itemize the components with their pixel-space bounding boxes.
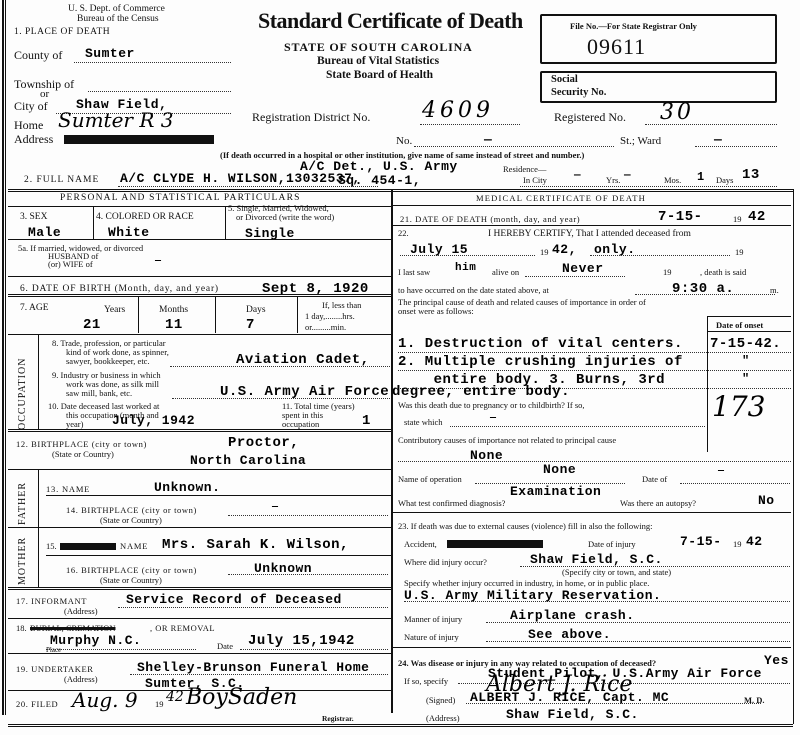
days-label-residence: Days <box>716 175 733 185</box>
rule <box>240 649 388 650</box>
rule <box>680 483 790 484</box>
mos-label: Mos. <box>664 175 681 185</box>
op-date-value: — <box>718 466 725 477</box>
county-value: Sumter <box>85 46 135 61</box>
rule <box>8 294 391 297</box>
informant-value: Service Record of Deceased <box>126 592 342 607</box>
cause-2-onset: " <box>742 354 750 368</box>
spouse-value: — <box>155 256 162 267</box>
signed-label: (Signed) <box>426 695 455 705</box>
attended-from: July 15 <box>410 242 468 257</box>
sex-value: Male <box>28 225 61 240</box>
mother-name-num: 15. <box>46 541 57 551</box>
rule <box>8 206 391 207</box>
rule <box>391 647 791 648</box>
cause-4: degree, entire body. <box>392 384 570 400</box>
lt-day-3: or.........min. <box>305 322 346 332</box>
years-value: 21 <box>83 317 101 333</box>
injury-year: 42 <box>746 534 763 549</box>
burial-place: Murphy N.C. <box>50 633 141 648</box>
onset-header: Date of onset <box>716 320 763 330</box>
spouse-label-3: (or) WIFE of <box>48 259 93 269</box>
full-name-value: A/C CLYDE H. WILSON,13032537, <box>120 171 361 186</box>
burial-date-label: Date <box>217 641 233 651</box>
unit-line-2: Sq. 454-1, <box>338 173 421 188</box>
months-label: Months <box>159 305 188 315</box>
nature-label: Nature of injury <box>404 632 459 642</box>
injury-date: 7-15- <box>680 534 722 549</box>
attended-to-year: 19 <box>735 247 744 257</box>
dob-label: 6. DATE OF BIRTH (Month, day, and year) <box>20 284 219 294</box>
death-certificate: U. S. Dept. of Commerce Bureau of the Ce… <box>0 0 800 735</box>
burial-struck-label: BURIAL, CREMATION <box>30 623 115 633</box>
attended-year-prefix: 19 <box>540 247 549 257</box>
rule <box>225 206 226 239</box>
residence-line <box>520 186 777 187</box>
rule <box>118 607 388 608</box>
years-label: Years <box>104 305 125 315</box>
bureau-label: Bureau of the Census <box>77 14 159 24</box>
vital-stats-label: Bureau of Vital Statistics <box>317 55 439 67</box>
no-label: No. <box>396 135 412 147</box>
accident-label: Accident, <box>404 539 437 549</box>
father-side-label: FATHER <box>17 473 28 525</box>
full-name-label: 2. FULL NAME <box>24 175 99 185</box>
residence-label: Residence— <box>503 164 546 174</box>
rule <box>398 352 791 353</box>
address-redacted <box>64 135 214 144</box>
where-label: Where did injury occur? <box>404 557 487 567</box>
rule <box>228 515 388 516</box>
yrs-value: — <box>624 170 631 182</box>
filed-date: Aug. 9 <box>72 688 138 712</box>
county-label: County of <box>14 48 62 63</box>
filed-year-prefix: 19 <box>155 699 164 709</box>
rule <box>8 469 391 470</box>
dod-year-prefix: 19 <box>733 214 742 224</box>
rule <box>450 426 705 427</box>
certify-num: 22. <box>398 228 409 238</box>
mos-value: 1 <box>697 170 705 184</box>
rule <box>391 225 791 226</box>
occurred-text: to have occurred on the date stated abov… <box>398 285 549 295</box>
registrar-signature: BoySaden <box>186 685 297 710</box>
address-label: Address <box>14 132 53 147</box>
filed-year: 42 <box>166 689 184 705</box>
rule <box>8 587 391 590</box>
informant-label: 17. INFORMANT <box>16 596 87 606</box>
state-label: STATE OF SOUTH CAROLINA <box>284 40 473 55</box>
days-label: Days <box>246 305 266 315</box>
occupation-side-label: OCCUPATION <box>17 340 28 430</box>
birthplace-state: North Carolina <box>190 453 306 468</box>
mother-name-redacted <box>60 543 116 550</box>
death-said-label: , death is said <box>700 267 746 277</box>
rule <box>46 649 196 650</box>
operation-label: Name of operation <box>398 474 462 484</box>
race-value: White <box>108 225 150 240</box>
autopsy-value: No <box>758 493 775 508</box>
md-label: M. D. <box>744 695 765 705</box>
if-so-label: If so, specify <box>404 676 448 686</box>
mother-name-label: NAME <box>120 541 148 551</box>
accident-redacted <box>447 540 543 548</box>
rule <box>38 469 39 527</box>
medical-section-title: MEDICAL CERTIFICATE OF DEATH <box>476 193 646 203</box>
informant-sub: (Address) <box>64 606 98 616</box>
specify-value: U.S. Army Military Reservation. <box>404 588 661 603</box>
rule <box>38 334 39 429</box>
signed-value: ALBERT J. RICE, Capt. MC <box>470 690 669 705</box>
manner-label: Manner of injury <box>404 614 462 624</box>
last-saw-label: I last saw <box>398 267 430 277</box>
ward-value: — <box>714 132 722 147</box>
personal-section-title: PERSONAL AND STATISTICAL PARTICULARS <box>60 193 301 203</box>
cause-1-onset: 7-15-42. <box>710 336 781 352</box>
undertaker-label: 19. UNDERTAKER <box>16 664 94 674</box>
rule <box>391 512 791 513</box>
total-label-3: occupation <box>282 419 319 429</box>
time-value: 9:30 a. <box>672 281 734 297</box>
manner-value: Airplane crash. <box>510 608 635 623</box>
registered-value: 30 <box>660 100 694 125</box>
home-handwritten: Sumter R 3 <box>58 108 173 132</box>
where-sub: (Specify city or town, and state) <box>562 567 671 577</box>
rule <box>38 527 39 587</box>
birthplace-city: Proctor, <box>228 435 299 451</box>
op-date-label: Date of <box>642 474 667 484</box>
last-saw-year-prefix: 19 <box>663 267 672 277</box>
rule <box>590 255 730 256</box>
ward-line <box>695 146 777 147</box>
rule <box>93 206 94 239</box>
in-city-label: In City <box>523 175 547 185</box>
ssn-label-2: Security No. <box>551 87 606 98</box>
father-name-label: 13. NAME <box>46 484 90 494</box>
pregnancy-label: Was this death due to pregnancy or to ch… <box>398 400 585 410</box>
contributory-label: Contributory causes of importance not re… <box>398 435 616 445</box>
rule <box>391 205 791 206</box>
external-label: 23. If death was due to external causes … <box>398 521 652 531</box>
rule <box>398 461 791 462</box>
specify-label: Specify whether injury occurred in indus… <box>404 578 649 588</box>
left-border <box>2 0 6 715</box>
father-bp-value: — <box>272 502 279 513</box>
birthplace-label-2: (State or Country) <box>52 449 114 459</box>
filed-label: 20. FILED <box>16 699 58 709</box>
right-border <box>793 189 794 724</box>
city-label: City of <box>14 99 48 114</box>
no-value: — <box>484 132 492 147</box>
industry-label-3: saw mill, bank, etc. <box>66 388 132 398</box>
months-value: 11 <box>165 317 183 333</box>
days-value: 7 <box>246 317 255 333</box>
father-bp-label-1: 14. BIRTHPLACE (city or town) <box>66 505 197 515</box>
mother-name-value: Mrs. Sarah K. Wilson, <box>162 537 349 553</box>
father-name-value: Unknown. <box>154 480 220 495</box>
test-label: What test confirmed diagnosis? <box>398 498 505 508</box>
onset-handwritten: 173 <box>712 390 765 423</box>
test-value: Examination <box>510 484 601 499</box>
township-line <box>88 91 231 92</box>
trade-label-3: sawyer, bookkeeper, etc. <box>66 356 150 366</box>
mother-bp-label-1: 16. BIRTHPLACE (city or town) <box>66 565 197 575</box>
mother-side-label: MOTHER <box>17 531 28 585</box>
burial-label: , OR REMOVAL <box>150 623 215 633</box>
burial-num: 18. <box>16 623 27 633</box>
county-line <box>74 62 231 63</box>
cause-2: 2. Multiple crushing injuries of <box>398 354 683 370</box>
time-suffix: m. <box>770 285 779 295</box>
rule <box>8 239 391 240</box>
yrs-label: Yrs. <box>606 175 620 185</box>
industry-value: U.S. Army Air Force <box>220 384 389 400</box>
injury-date-label: Date of injury <box>588 539 636 549</box>
age-label: 7. AGE <box>20 303 49 313</box>
rule <box>8 276 391 277</box>
physician-address-label: (Address) <box>426 713 460 723</box>
reg-district-label: Registration District No. <box>252 110 370 125</box>
marital-label-2: or Divorced (write the word) <box>236 212 334 222</box>
rule <box>8 724 793 727</box>
registered-label: Registered No. <box>554 110 626 125</box>
rule <box>46 495 391 496</box>
sex-label: 3. SEX <box>20 212 47 222</box>
rule <box>138 297 139 333</box>
rule <box>707 316 791 317</box>
trade-value: Aviation Cadet, <box>236 352 370 368</box>
birthplace-label-1: 12. BIRTHPLACE (city or town) <box>16 439 147 449</box>
dod-value: 7-15- <box>658 209 703 225</box>
rule <box>8 527 391 528</box>
rule <box>8 334 391 335</box>
certificate-title: Standard Certificate of Death <box>258 8 523 34</box>
state-which-value: — <box>490 413 497 424</box>
no-line <box>414 146 614 147</box>
in-city-value: — <box>574 170 581 182</box>
operation-value: None <box>543 462 576 477</box>
last-saw-pronoun: him <box>455 262 476 274</box>
board-label: State Board of Health <box>326 69 433 81</box>
place-of-death-label: 1. PLACE OF DEATH <box>14 27 110 37</box>
file-no-value: 09611 <box>587 34 646 60</box>
burial-date: July 15,1942 <box>248 633 355 649</box>
state-which-label: state which <box>404 417 442 427</box>
center-divider <box>391 190 393 713</box>
registrar-label: Registrar. <box>322 714 354 723</box>
race-label: 4. COLORED OR RACE <box>96 212 194 222</box>
rule <box>525 276 625 277</box>
certify-text: I HEREBY CERTIFY, That I attended deceas… <box>488 229 691 239</box>
rule <box>46 555 391 556</box>
rule <box>707 316 708 452</box>
rule <box>398 370 791 371</box>
father-bp-label-2: (State or Country) <box>100 515 162 525</box>
undertaker-sub: (Address) <box>64 674 98 684</box>
rule <box>707 331 791 332</box>
attended-year: 42, <box>552 242 577 257</box>
mother-bp-label-2: (State or Country) <box>100 575 162 585</box>
dept-label: U. S. Dept. of Commerce <box>68 4 165 14</box>
name-divider <box>8 189 793 192</box>
rule <box>215 297 216 333</box>
rule <box>297 297 298 333</box>
rule <box>8 618 391 619</box>
home-label: Home <box>14 118 43 133</box>
file-no-label: File No.—For State Registrar Only <box>570 21 697 31</box>
contributory-value: None <box>470 448 503 463</box>
dod-year: 42 <box>748 209 766 225</box>
rule <box>8 429 391 432</box>
physician-address: Shaw Field, S.C. <box>506 707 639 722</box>
cause-intro-2: onset were as follows: <box>398 306 474 316</box>
cause-1: 1. Destruction of vital centers. <box>398 336 683 352</box>
lastwork-value: July, 1942 <box>112 413 195 428</box>
alive-on-label: alive on <box>492 267 519 277</box>
dod-label: 21. DATE OF DEATH (month, day, and year) <box>400 214 580 224</box>
ssn-label-1: Social <box>551 74 578 85</box>
undertaker-value: Shelley-Brunson Funeral Home <box>137 660 369 675</box>
reg-district-value: 4609 <box>422 98 494 123</box>
related-value: Yes <box>764 653 789 668</box>
lastwork-label-3: year) <box>66 419 83 429</box>
reg-district-line <box>420 124 520 125</box>
nature-value: See above. <box>528 627 611 642</box>
where-value: Shaw Field, S.C. <box>530 552 663 567</box>
cause-3-onset: " <box>742 372 750 386</box>
mother-bp-value: Unknown <box>254 561 312 576</box>
last-saw-date: Never <box>562 261 604 276</box>
autopsy-label: Was there an autopsy? <box>620 498 696 508</box>
injury-year-prefix: 19 <box>733 539 742 549</box>
rule <box>8 653 391 654</box>
days-value-residence: 13 <box>742 167 760 183</box>
lt-day-1: If, less than <box>322 300 361 310</box>
st-ward-label: St.; Ward <box>620 135 661 147</box>
lt-day-2: 1 day,........hrs. <box>305 311 355 321</box>
total-value: 1 <box>362 413 371 429</box>
